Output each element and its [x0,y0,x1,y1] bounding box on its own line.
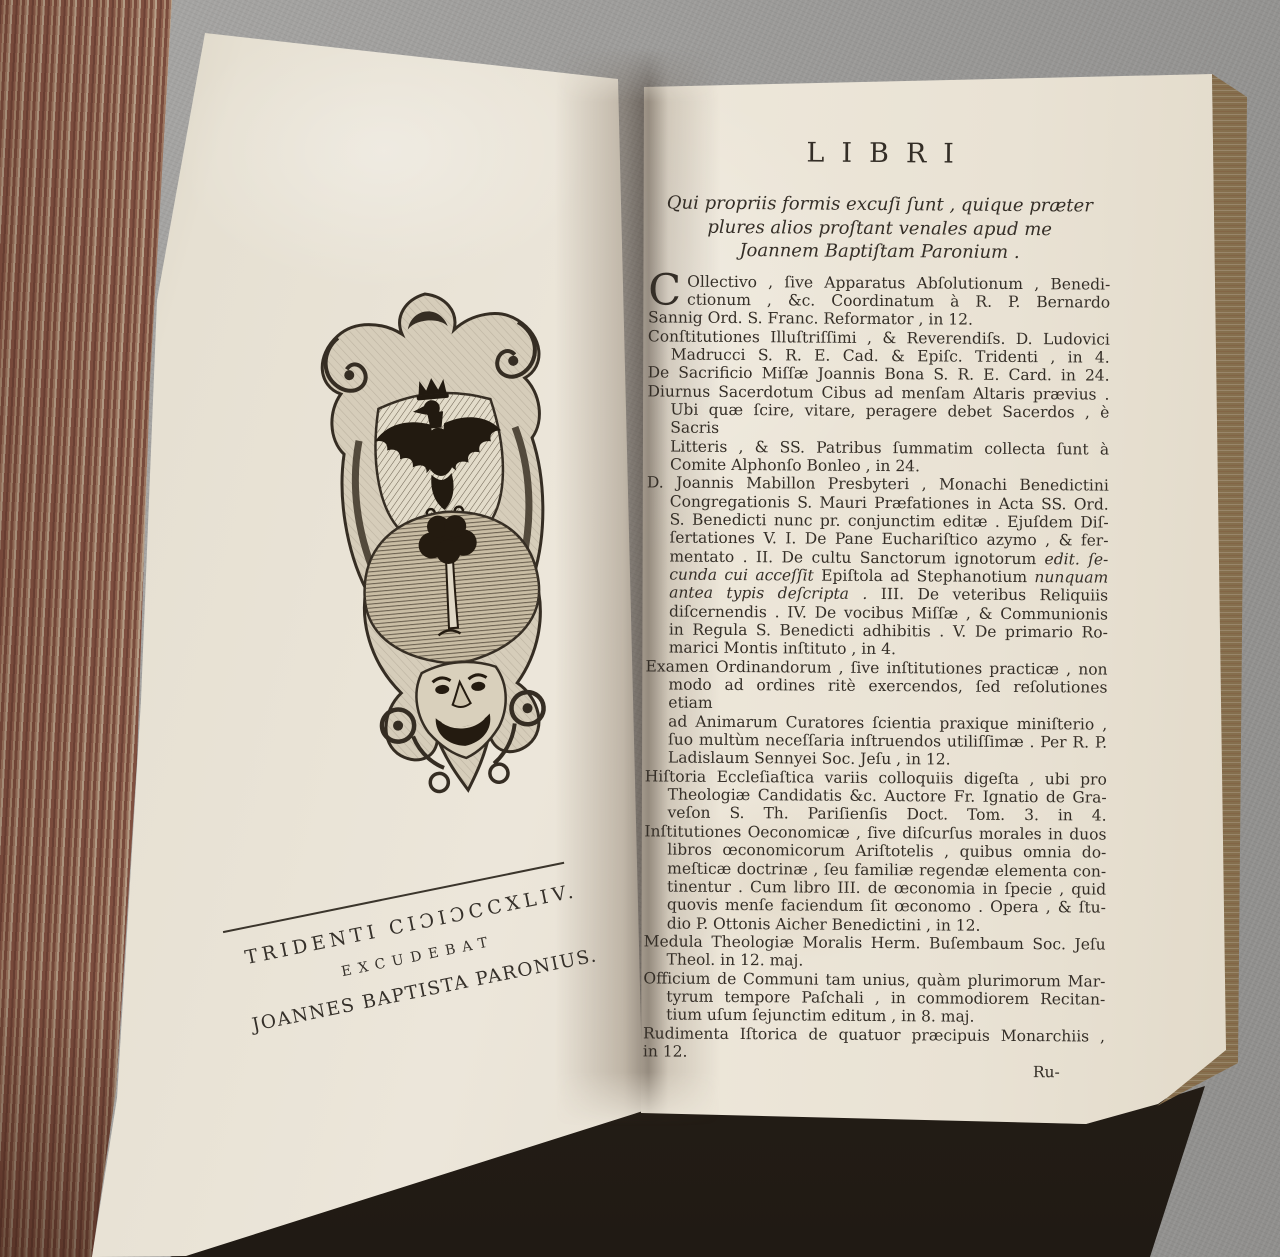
page-title: LIBRI [649,136,1111,170]
book-entry: Hiſtoria Eccleſiaſtica variis colloquiis… [645,767,1107,825]
book-entry: Diurnus Sacerdotum Cibus ad menſam Altar… [647,382,1110,477]
book-entry: Examen Ordinandorum , ſive inſtitutiones… [645,657,1108,770]
entry-line: modo ad ordines ritè exercendos, ſed reſ… [645,675,1107,715]
intro-line: Joannem Baptiſtam Paronium . [648,238,1110,265]
booklist-text-block: LIBRI Qui propriis formis excuſi ſunt , … [643,136,1112,1082]
entry-line: Ubi quæ ſcire, vitare, peragere debet Sa… [647,400,1109,440]
drop-cap: C [648,272,687,307]
catchword: Ru- [643,1061,1105,1083]
intro-line: plures alios proſtant venales apud me [649,215,1111,242]
photo-of-open-antique-book: TRIDENTI CIƆIƆCCXLIV. EXCUDEBAT JOANNES … [0,0,1280,1257]
book-entry: D. Joannis Mabillon Presbyteri , Monachi… [646,474,1109,661]
intro-paragraph: Qui propriis formis excuſi ſunt , quique… [648,191,1110,265]
book-entry: Officium de Communi tam unius, quàm plur… [643,969,1105,1027]
book-entry: Conſtitutiones Illuſtriſſimi , & Reveren… [648,327,1110,367]
book-entries-list: COllectivo , ſive Apparatus Abſolutionum… [643,272,1110,1064]
book-entry: Rudimenta Iſtorica de quatuor præcipuis … [643,1024,1105,1064]
printers-device-emblem [275,271,618,825]
book-entry: COllectivo , ſive Apparatus Abſolutionum… [648,272,1110,330]
entry-line: Rudimenta Iſtorica de quatuor præcipuis … [643,1024,1105,1046]
intro-line: Qui propriis formis excuſi ſunt , quique… [649,191,1111,218]
book-entry: Medula Theologiæ Moralis Herm. Buſembaum… [643,932,1105,972]
book-entry: Inſtitutiones Oeconomicæ , ſive diſcurſu… [644,822,1107,935]
woodcut-cartouche-icon [275,271,618,825]
